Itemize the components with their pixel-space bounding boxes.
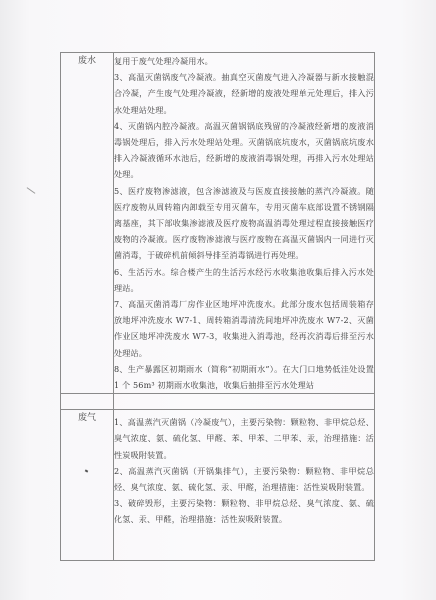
paragraph: 2、高温蒸汽灭菌锅（开锅集排气），主要污染物：颗粒物、非甲烷总烃、臭气浓度、氨、… <box>114 463 374 495</box>
paragraph: 7、高温灭菌消毒厂房作业区地坪冲洗废水。此部分废水包括周装箱存放地坪冲洗废水 W… <box>114 296 374 361</box>
table-row-exhaust: 废气 1、高温蒸汽灭菌锅（冷凝废气），主要污染物：颗粒物、非甲烷总烃、臭气浓度、… <box>61 410 375 561</box>
paragraph: 4、灭菌锅内腔冷凝液。高温灭菌锅锅底残留的冷凝液经新增的废液消毒锅处理后，排入污… <box>114 118 374 183</box>
row-label-wastewater: 废水 <box>61 53 114 394</box>
pollution-control-table: 废水 复用于废气处理冷凝用水。 3、高温灭菌锅废气冷凝液。抽真空灭菌废气进入冷凝… <box>60 52 375 561</box>
exhaust-content: 1、高温蒸汽灭菌锅（冷凝废气），主要污染物：颗粒物、非甲烷总烃、臭气浓度、氨、硫… <box>114 410 375 561</box>
paragraph: 复用于废气处理冷凝用水。 <box>114 53 374 69</box>
empty-content-cell <box>114 394 375 410</box>
table-row-wastewater: 废水 复用于废气处理冷凝用水。 3、高温灭菌锅废气冷凝液。抽真空灭菌废气进入冷凝… <box>61 53 375 394</box>
pen-mark <box>27 187 36 194</box>
paragraph: 8、生产暴露区初期雨水（简称“初期雨水”）。在大门口地势低洼处设置 1 个 56… <box>114 361 374 393</box>
scanned-document-page: 废水 复用于废气处理冷凝用水。 3、高温灭菌锅废气冷凝液。抽真空灭菌废气进入冷凝… <box>0 0 436 600</box>
empty-label-cell <box>61 394 114 410</box>
row-label-exhaust: 废气 <box>61 410 114 561</box>
paragraph: 1、高温蒸汽灭菌锅（冷凝废气），主要污染物：颗粒物、非甲烷总烃、臭气浓度、氨、硫… <box>114 414 374 463</box>
paragraph: 5、医疗废物渗滤液，包含渗滤液及与医废直接接触的蒸汽冷凝液。随医疗废物从周转箱内… <box>114 183 374 264</box>
paragraph: 6、生活污水。综合楼产生的生活污水经污水收集池收集后排入污水处理站。 <box>114 264 374 296</box>
table-row-empty <box>61 394 375 410</box>
paragraph: 3、高温灭菌锅废气冷凝液。抽真空灭菌废气进入冷凝器与新水接触混合冷凝，产生废气处… <box>114 69 374 118</box>
paragraph: 3、破碎毁形，主要污染物：颗粒物、非甲烷总烃、臭气浓度、氨、硫化氢、汞、甲醛，治… <box>114 495 374 527</box>
wastewater-content: 复用于废气处理冷凝用水。 3、高温灭菌锅废气冷凝液。抽真空灭菌废气进入冷凝器与新… <box>114 53 375 394</box>
